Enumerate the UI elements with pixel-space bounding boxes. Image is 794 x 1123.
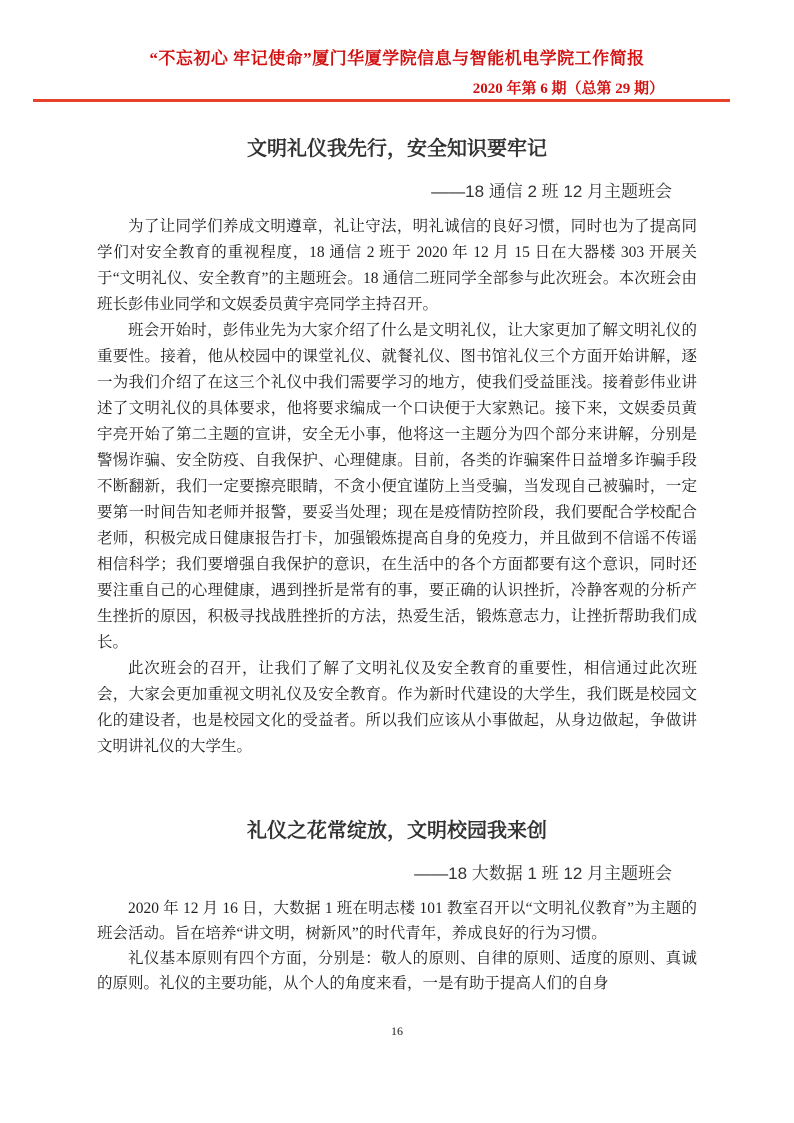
article-1-paragraph-1: 为了让同学们养成文明遵章，礼让守法，明礼诚信的良好习惯，同时也为了提高同学们对安…: [97, 214, 697, 318]
article-1-paragraph-3: 此次班会的召开，让我们了解了文明礼仪及安全教育的重要性，相信通过此次班会，大家会…: [97, 656, 697, 760]
masthead-issue-info: 2020 年第 6 期（总第 29 期）: [0, 77, 794, 98]
article-2-title: 礼仪之花常绽放，文明校园我来创: [97, 814, 697, 843]
page-content: 文明礼仪我先行，安全知识要牢记 ——18 通信 2 班 12 月主题班会 为了让…: [97, 132, 697, 996]
page-number: 16: [0, 1024, 794, 1039]
article-2-paragraph-2: 礼仪基本原则有四个方面，分别是：敬人的原则、自律的原则、适度的原则、真诚的原则。…: [97, 946, 697, 996]
masthead-divider-rule: [33, 99, 730, 102]
article-2-paragraph-1: 2020 年 12 月 16 日，大数据 1 班在明志楼 101 教室召开以“文…: [97, 896, 697, 946]
article-etiquette-campus: 礼仪之花常绽放，文明校园我来创 ——18 大数据 1 班 12 月主题班会 20…: [97, 814, 697, 996]
masthead-title: “不忘初心 牢记使命”厦门华厦学院信息与智能机电学院工作简报: [0, 44, 794, 69]
article-civility-safety: 文明礼仪我先行，安全知识要牢记 ——18 通信 2 班 12 月主题班会 为了让…: [97, 132, 697, 760]
article-2-subtitle: ——18 大数据 1 班 12 月主题班会: [97, 859, 697, 884]
article-1-title: 文明礼仪我先行，安全知识要牢记: [97, 132, 697, 161]
document-page: “不忘初心 牢记使命”厦门华厦学院信息与智能机电学院工作简报 2020 年第 6…: [0, 0, 794, 1123]
article-1-paragraph-2: 班会开始时，彭伟业先为大家介绍了什么是文明礼仪，让大家更加了解文明礼仪的重要性。…: [97, 318, 697, 656]
article-1-subtitle: ——18 通信 2 班 12 月主题班会: [97, 177, 697, 202]
masthead: “不忘初心 牢记使命”厦门华厦学院信息与智能机电学院工作简报 2020 年第 6…: [0, 44, 794, 98]
